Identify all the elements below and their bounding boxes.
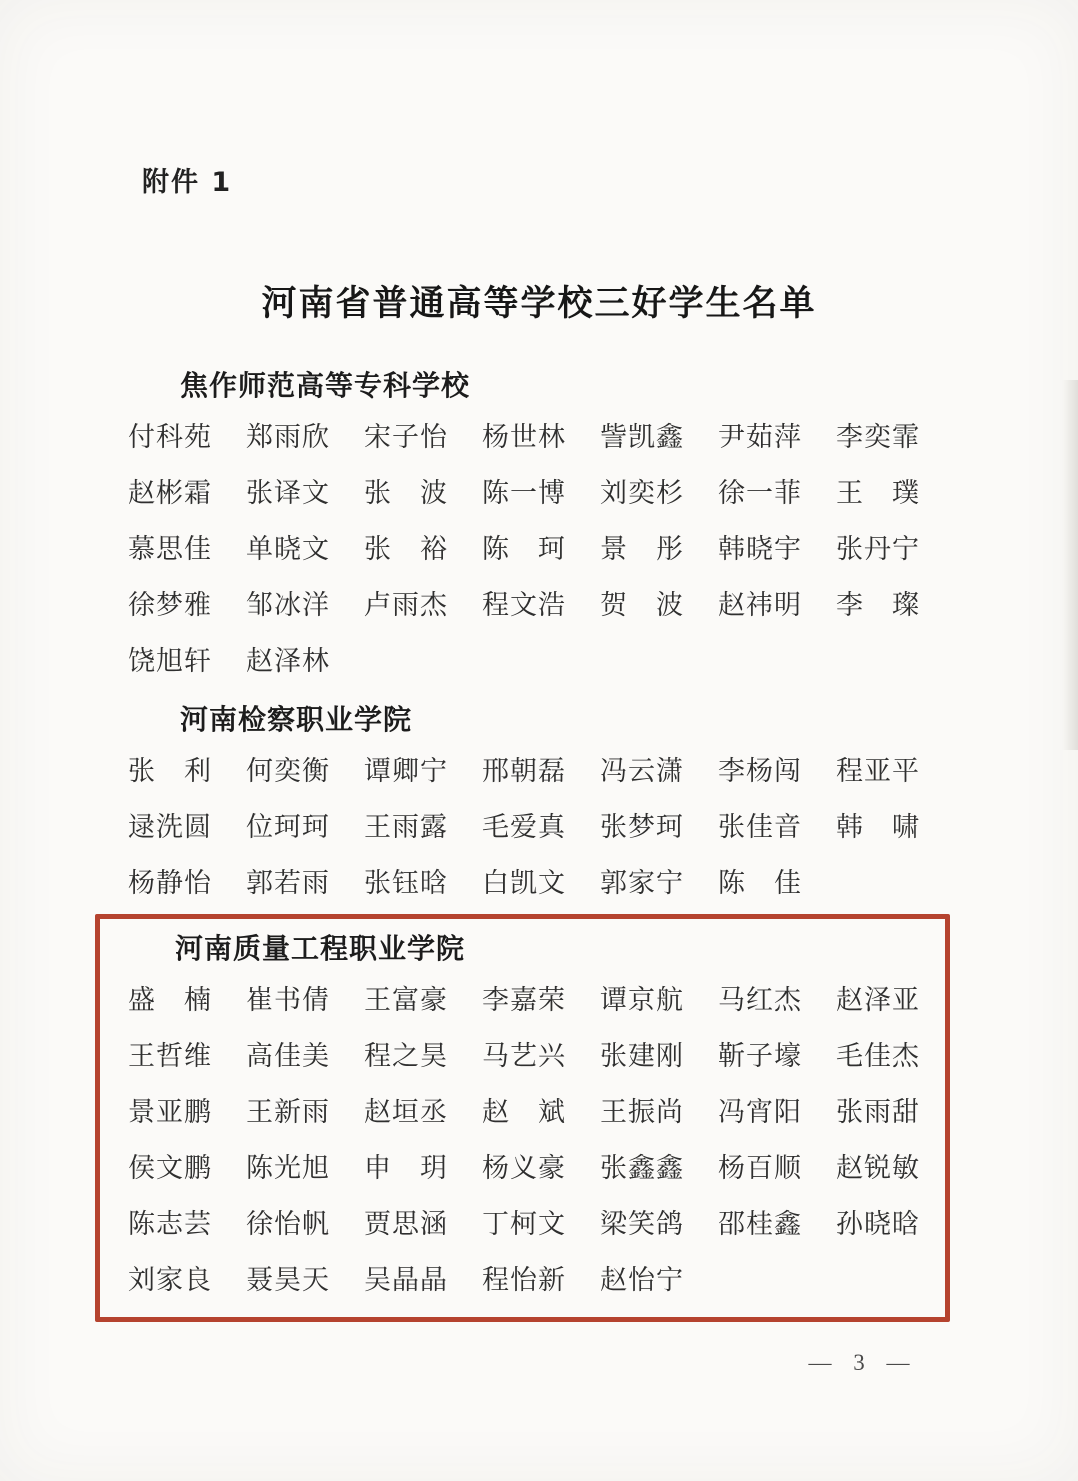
- student-name: 邹冰洋: [246, 583, 364, 622]
- sections: 焦作师范高等专科学校付科苑郑雨欣宋子怡杨世林訾凯鑫尹茹萍李奕霏赵彬霜张译文张 波…: [0, 352, 1078, 1322]
- section-heading: 河南质量工程职业学院: [175, 929, 945, 969]
- name-row: 杨静怡郭若雨张钰晗白凯文郭家宁陈 佳: [128, 852, 1078, 908]
- student-name: 徐梦雅: [128, 583, 246, 622]
- student-name: 盛 楠: [128, 978, 246, 1017]
- student-name: 邢朝磊: [482, 749, 600, 788]
- name-row: 盛 楠崔书倩王富豪李嘉荣谭京航马红杰赵泽亚: [128, 969, 945, 1025]
- student-name: 张钰晗: [364, 861, 482, 900]
- name-row: 付科苑郑雨欣宋子怡杨世林訾凯鑫尹茹萍李奕霏: [128, 406, 1078, 462]
- name-row: 陈志芸徐怡帆贾思涵丁柯文梁笑鸽邵桂鑫孙晓晗: [128, 1193, 945, 1249]
- student-name: 逯洗圆: [128, 805, 246, 844]
- student-name: 景亚鹏: [128, 1090, 246, 1129]
- student-name: 程之昊: [364, 1034, 482, 1073]
- student-name: 孙晓晗: [836, 1202, 954, 1241]
- student-name: 张丹宁: [836, 527, 954, 566]
- section-heading: 河南检察职业学院: [180, 700, 1078, 740]
- student-name: 冯云潇: [600, 749, 718, 788]
- student-name: 张 裕: [364, 527, 482, 566]
- student-name: 单晓文: [246, 527, 364, 566]
- student-name: 尹茹萍: [718, 415, 836, 454]
- student-name: 徐怡帆: [246, 1202, 364, 1241]
- student-name: 崔书倩: [246, 978, 364, 1017]
- student-name: 卢雨杰: [364, 583, 482, 622]
- student-name: 景 彤: [600, 527, 718, 566]
- student-name: 马红杰: [718, 978, 836, 1017]
- student-name: 郭家宁: [600, 861, 718, 900]
- student-name: 徐一菲: [718, 471, 836, 510]
- student-name: 丁柯文: [482, 1202, 600, 1241]
- student-name: 饶旭轩: [128, 639, 246, 678]
- student-name: 陈志芸: [128, 1202, 246, 1241]
- attachment-label: 附件 1: [142, 160, 232, 199]
- student-name: 慕思佳: [128, 527, 246, 566]
- student-name: 高佳美: [246, 1034, 364, 1073]
- student-name: 陈光旭: [246, 1146, 364, 1185]
- student-name: 白凯文: [482, 861, 600, 900]
- student-name: 张 利: [128, 749, 246, 788]
- student-name: 吴晶晶: [364, 1258, 482, 1297]
- student-name: 赵泽林: [246, 639, 364, 678]
- name-row: 王哲维高佳美程之昊马艺兴张建刚靳子壕毛佳杰: [128, 1025, 945, 1081]
- student-name: 赵垣丞: [364, 1090, 482, 1129]
- student-name: 谭卿宁: [364, 749, 482, 788]
- student-name: 靳子壕: [718, 1034, 836, 1073]
- name-row: 逯洗圆位珂珂王雨露毛爱真张梦珂张佳音韩 啸: [128, 796, 1078, 852]
- student-name: 李嘉荣: [482, 978, 600, 1017]
- student-name: 冯宵阳: [718, 1090, 836, 1129]
- student-name: 宋子怡: [364, 415, 482, 454]
- student-name: 李奕霏: [836, 415, 954, 454]
- student-name: 赵锐敏: [836, 1146, 954, 1185]
- student-name: 张 波: [364, 471, 482, 510]
- student-name: 王哲维: [128, 1034, 246, 1073]
- student-name: 申 玥: [364, 1146, 482, 1185]
- student-name: 杨世林: [482, 415, 600, 454]
- section: 焦作师范高等专科学校付科苑郑雨欣宋子怡杨世林訾凯鑫尹茹萍李奕霏赵彬霜张译文张 波…: [0, 366, 1078, 686]
- student-name: 郑雨欣: [246, 415, 364, 454]
- student-name: 谭京航: [600, 978, 718, 1017]
- student-name: 郭若雨: [246, 861, 364, 900]
- name-row: 徐梦雅邹冰洋卢雨杰程文浩贺 波赵祎明李 璨: [128, 574, 1078, 630]
- student-name: 马艺兴: [482, 1034, 600, 1073]
- student-name: 陈一博: [482, 471, 600, 510]
- student-name: 张鑫鑫: [600, 1146, 718, 1185]
- student-name: 何奕衡: [246, 749, 364, 788]
- student-name: 赵泽亚: [836, 978, 954, 1017]
- student-name: 赵祎明: [718, 583, 836, 622]
- student-name: 赵彬霜: [128, 471, 246, 510]
- student-name: 贾思涵: [364, 1202, 482, 1241]
- student-name: 杨百顺: [718, 1146, 836, 1185]
- student-name: 毛爱真: [482, 805, 600, 844]
- student-name: 程怡新: [482, 1258, 600, 1297]
- student-name: 付科苑: [128, 415, 246, 454]
- student-name: 王 璞: [836, 471, 954, 510]
- student-name: 王振尚: [600, 1090, 718, 1129]
- student-name: 邵桂鑫: [718, 1202, 836, 1241]
- student-name: 位珂珂: [246, 805, 364, 844]
- student-name: 张佳音: [718, 805, 836, 844]
- name-row: 饶旭轩赵泽林: [128, 630, 1078, 686]
- name-row: 侯文鹏陈光旭申 玥杨义豪张鑫鑫杨百顺赵锐敏: [128, 1137, 945, 1193]
- student-name: 陈 佳: [718, 861, 836, 900]
- student-name: 张雨甜: [836, 1090, 954, 1129]
- student-name: 赵怡宁: [600, 1258, 718, 1297]
- student-name: 王富豪: [364, 978, 482, 1017]
- student-name: 贺 波: [600, 583, 718, 622]
- student-name: 王雨露: [364, 805, 482, 844]
- student-name: 侯文鹏: [128, 1146, 246, 1185]
- student-name: 梁笑鸽: [600, 1202, 718, 1241]
- name-row: 刘家良聂昊天吴晶晶程怡新赵怡宁: [128, 1249, 945, 1305]
- student-name: 韩晓宇: [718, 527, 836, 566]
- document-page: 附件 1 河南省普通高等学校三好学生名单 焦作师范高等专科学校付科苑郑雨欣宋子怡…: [0, 0, 1078, 1481]
- student-name: 李 璨: [836, 583, 954, 622]
- name-row: 张 利何奕衡谭卿宁邢朝磊冯云潇李杨闯程亚平: [128, 740, 1078, 796]
- student-name: 王新雨: [246, 1090, 364, 1129]
- student-name: 訾凯鑫: [600, 415, 718, 454]
- section: 河南检察职业学院张 利何奕衡谭卿宁邢朝磊冯云潇李杨闯程亚平逯洗圆位珂珂王雨露毛爱…: [0, 700, 1078, 908]
- student-name: 张译文: [246, 471, 364, 510]
- student-name: 聂昊天: [246, 1258, 364, 1297]
- student-name: 毛佳杰: [836, 1034, 954, 1073]
- student-name: 陈 珂: [482, 527, 600, 566]
- student-name: 程文浩: [482, 583, 600, 622]
- section-heading: 焦作师范高等专科学校: [180, 366, 1078, 406]
- student-name: 张建刚: [600, 1034, 718, 1073]
- page-title: 河南省普通高等学校三好学生名单: [0, 276, 1078, 326]
- student-name: 赵 斌: [482, 1090, 600, 1129]
- student-name: 李杨闯: [718, 749, 836, 788]
- name-row: 慕思佳单晓文张 裕陈 珂景 彤韩晓宇张丹宁: [128, 518, 1078, 574]
- student-name: 刘奕杉: [600, 471, 718, 510]
- student-name: 杨静怡: [128, 861, 246, 900]
- page-number: — 3 —: [788, 1350, 938, 1376]
- student-name: 杨义豪: [482, 1146, 600, 1185]
- student-name: 韩 啸: [836, 805, 954, 844]
- name-row: 景亚鹏王新雨赵垣丞赵 斌王振尚冯宵阳张雨甜: [128, 1081, 945, 1137]
- student-name: 程亚平: [836, 749, 954, 788]
- student-name: 刘家良: [128, 1258, 246, 1297]
- highlighted-section: 河南质量工程职业学院盛 楠崔书倩王富豪李嘉荣谭京航马红杰赵泽亚王哲维高佳美程之昊…: [95, 914, 950, 1322]
- student-name: 张梦珂: [600, 805, 718, 844]
- name-row: 赵彬霜张译文张 波陈一博刘奕杉徐一菲王 璞: [128, 462, 1078, 518]
